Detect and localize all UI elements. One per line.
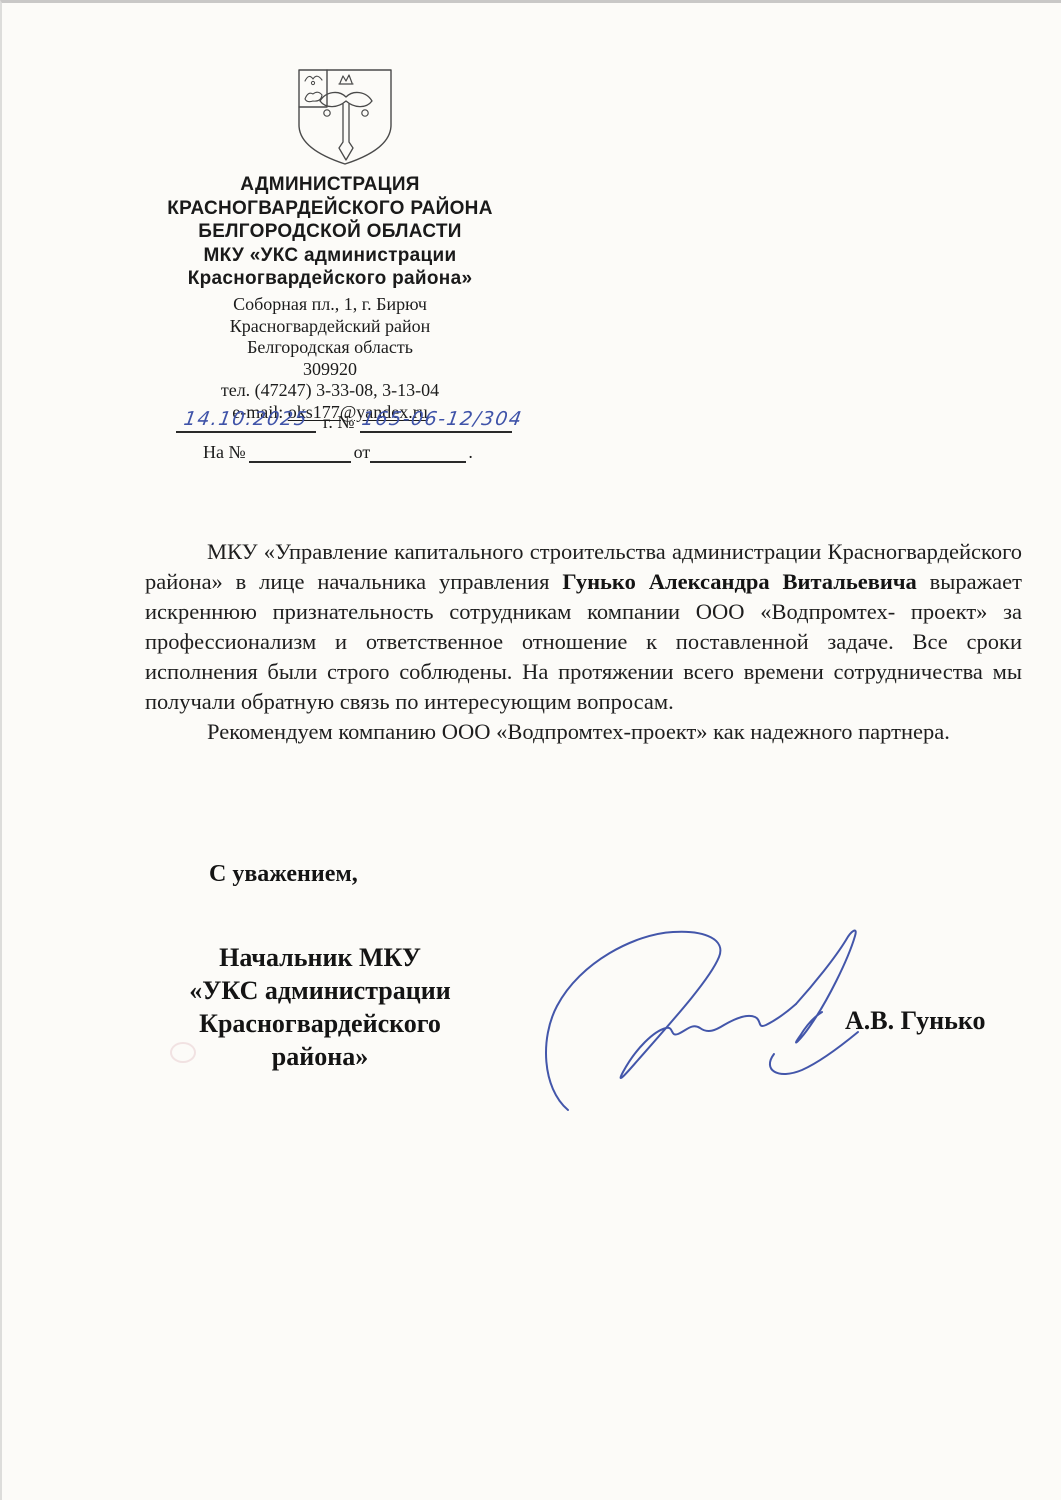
ornate-crossguard bbox=[320, 92, 372, 106]
paragraph-2: Рекомендуем компанию ООО «Водпромтех-про… bbox=[145, 717, 1022, 747]
signer-title-line: Начальник МКУ bbox=[150, 941, 490, 974]
canton-eagle-body bbox=[311, 81, 314, 84]
letter-body: МКУ «Управление капитального строительст… bbox=[145, 537, 1022, 747]
handwritten-date: 14.10.2025 bbox=[182, 408, 309, 430]
org-line: Красногвардейского района» bbox=[110, 267, 550, 291]
canton-eagle bbox=[305, 76, 322, 81]
canton-lion bbox=[305, 92, 322, 101]
signature-swash-stroke bbox=[770, 1032, 858, 1074]
paragraph-1: МКУ «Управление капитального строительст… bbox=[145, 537, 1022, 717]
reply-ref-label: На № bbox=[203, 442, 246, 463]
salutation: С уважением, bbox=[209, 861, 358, 888]
org-line: АДМИНИСТРАЦИЯ bbox=[110, 173, 550, 197]
crossguard-ring-right bbox=[362, 110, 368, 116]
coat-of-arms bbox=[293, 66, 397, 168]
number-label: г. № bbox=[323, 412, 355, 433]
signer-title-block: Начальник МКУ «УКС администрации Красног… bbox=[150, 941, 490, 1073]
reply-from-blank bbox=[370, 441, 466, 463]
org-line: БЕЛГОРОДСКОЙ ОБЛАСТИ bbox=[110, 220, 550, 244]
handwritten-number: 165-06-12/304 bbox=[360, 408, 524, 430]
letterhead-address-block: Соборная пл., 1, г. Бирюч Красногвардейс… bbox=[110, 294, 550, 423]
scan-artifact bbox=[170, 1042, 196, 1063]
date-number-line: 14.10.2025 г. № 165-06-12/304 bbox=[176, 408, 512, 433]
signer-title-line: Красногвардейского района» bbox=[150, 1007, 490, 1073]
org-line: КРАСНОГВАРДЕЙСКОГО РАЙОНА bbox=[110, 197, 550, 221]
signer-full-name-bold: Гунько Александра Витальевича bbox=[562, 569, 916, 594]
postal-code: 309920 bbox=[110, 359, 550, 381]
signer-title-line: «УКС администрации bbox=[150, 974, 490, 1007]
org-line: МКУ «УКС администрации bbox=[110, 244, 550, 268]
address-line: Соборная пл., 1, г. Бирюч bbox=[110, 294, 550, 316]
scanned-letter-page: АДМИНИСТРАЦИЯ КРАСНОГВАРДЕЙСКОГО РАЙОНА … bbox=[0, 0, 1061, 1500]
signer-name: А.В. Гунько bbox=[845, 1006, 986, 1036]
crossguard-ring-left bbox=[324, 110, 330, 116]
letterhead-org-block: АДМИНИСТРАЦИЯ КРАСНОГВАРДЕЙСКОГО РАЙОНА … bbox=[110, 173, 550, 291]
address-line: Белгородская область bbox=[110, 337, 550, 359]
crown bbox=[339, 75, 353, 84]
sword-blade bbox=[339, 104, 353, 160]
reply-ref-blank bbox=[249, 441, 351, 463]
reply-reference-line: На № от . bbox=[203, 441, 473, 463]
phone-line: тел. (47247) 3-33-08, 3-13-04 bbox=[110, 380, 550, 402]
reply-ref-terminator: . bbox=[468, 442, 473, 463]
number-field: 165-06-12/304 bbox=[360, 408, 512, 433]
date-field: 14.10.2025 bbox=[176, 408, 316, 433]
address-line: Красногвардейский район bbox=[110, 316, 550, 338]
reply-from-label: от bbox=[354, 442, 371, 463]
signature-oval-stroke bbox=[546, 932, 796, 1110]
